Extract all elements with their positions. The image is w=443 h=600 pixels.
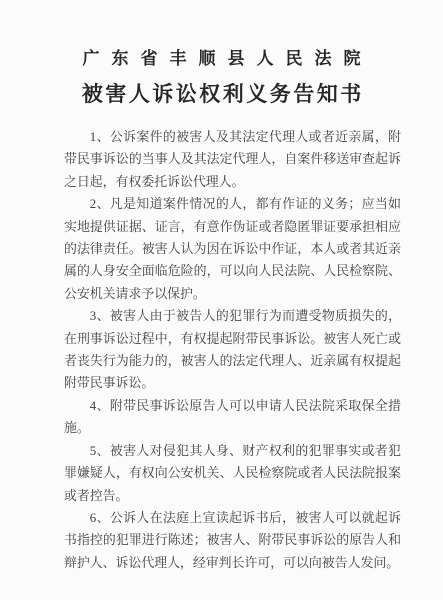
- paragraph-2: 2、凡是知道案件情况的人，都有作证的义务；应当如实地提供证据、证言，有意作伪证或…: [64, 193, 401, 305]
- document-page: 广东省丰顺县人民法院 被害人诉讼权利义务告知书 1、公诉案件的被害人及其法定代理…: [0, 0, 443, 600]
- paragraph-3: 3、被害人由于被告人的犯罪行为而遭受物质损失的，在刑事诉讼过程中，有权提起附带民…: [64, 305, 401, 395]
- paragraph-6: 6、公诉人在法庭上宣读起诉书后，被害人可以就起诉书指控的犯罪进行陈述；被害人、附…: [64, 507, 401, 574]
- document-body: 1、公诉案件的被害人及其法定代理人或者近亲属，附带民事诉讼的当事人及其法定代理人…: [64, 126, 401, 574]
- paragraph-5: 5、被害人对侵犯其人身、财产权利的犯罪事实或者犯罪嫌疑人，有权向公安机关、人民检…: [64, 440, 401, 507]
- paragraph-4: 4、附带民事诉讼原告人可以申请人民法院采取保全措施。: [64, 395, 401, 440]
- paragraph-1: 1、公诉案件的被害人及其法定代理人或者近亲属，附带民事诉讼的当事人及其法定代理人…: [64, 126, 401, 193]
- document-title: 被害人诉讼权利义务告知书: [0, 78, 443, 108]
- court-name-heading: 广东省丰顺县人民法院: [0, 0, 443, 69]
